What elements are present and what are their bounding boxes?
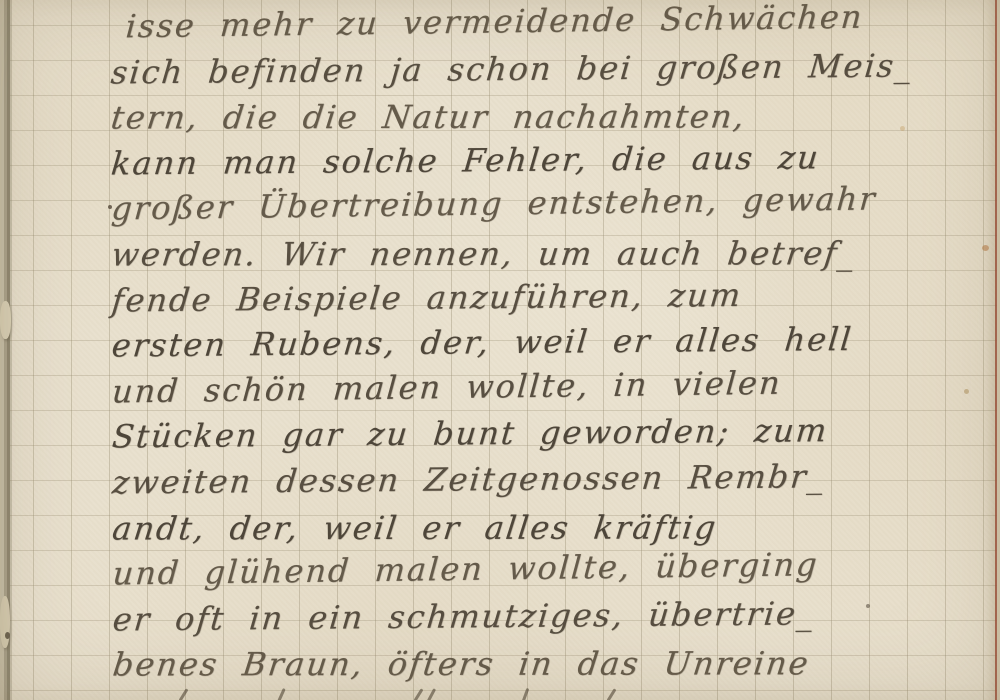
ink-stroke — [179, 688, 189, 700]
ink-stroke — [607, 688, 617, 700]
handwriting-line: zweiten dessen Zeitgenossen Rembr_ — [110, 452, 982, 505]
foxing-speck — [900, 126, 905, 131]
ink-stroke — [427, 688, 436, 700]
binding-edge — [0, 0, 13, 700]
ink-speck — [866, 604, 870, 608]
manuscript-page: isse mehr zu vermeidende Schwächen sich … — [0, 0, 1000, 700]
handwritten-text-block: isse mehr zu vermeidende Schwächen sich … — [111, 0, 981, 687]
clipped-bottom-line — [112, 688, 940, 700]
handwriting-line: Stücken gar zu bunt geworden; zum — [110, 406, 982, 459]
handwriting-line: isse mehr zu vermeidende Schwächen — [109, 0, 980, 49]
handwriting-line: werden. Wir nennen, um auch betref_ — [109, 230, 983, 277]
ink-stroke — [522, 688, 530, 700]
handwriting-line: fende Beispiele anzuführen, zum — [110, 269, 982, 322]
rust-stain — [982, 245, 989, 251]
paper-chip — [0, 301, 11, 339]
handwriting-line: sich befinden ja schon bei großen Meis_ — [109, 42, 981, 95]
handwriting-line: benes Braun, öfters in das Unreine — [110, 640, 984, 687]
paper-chip — [0, 596, 10, 648]
handwriting-line: großer Übertreibung entstehen, gewahr — [110, 175, 981, 232]
ink-speck — [108, 205, 112, 209]
ink-stroke — [414, 688, 424, 700]
ink-stroke — [277, 688, 285, 700]
edge-speck — [5, 632, 10, 639]
handwriting-line: er oft in ein schmutziges, übertrie_ — [111, 589, 983, 642]
rust-stain — [964, 389, 969, 394]
